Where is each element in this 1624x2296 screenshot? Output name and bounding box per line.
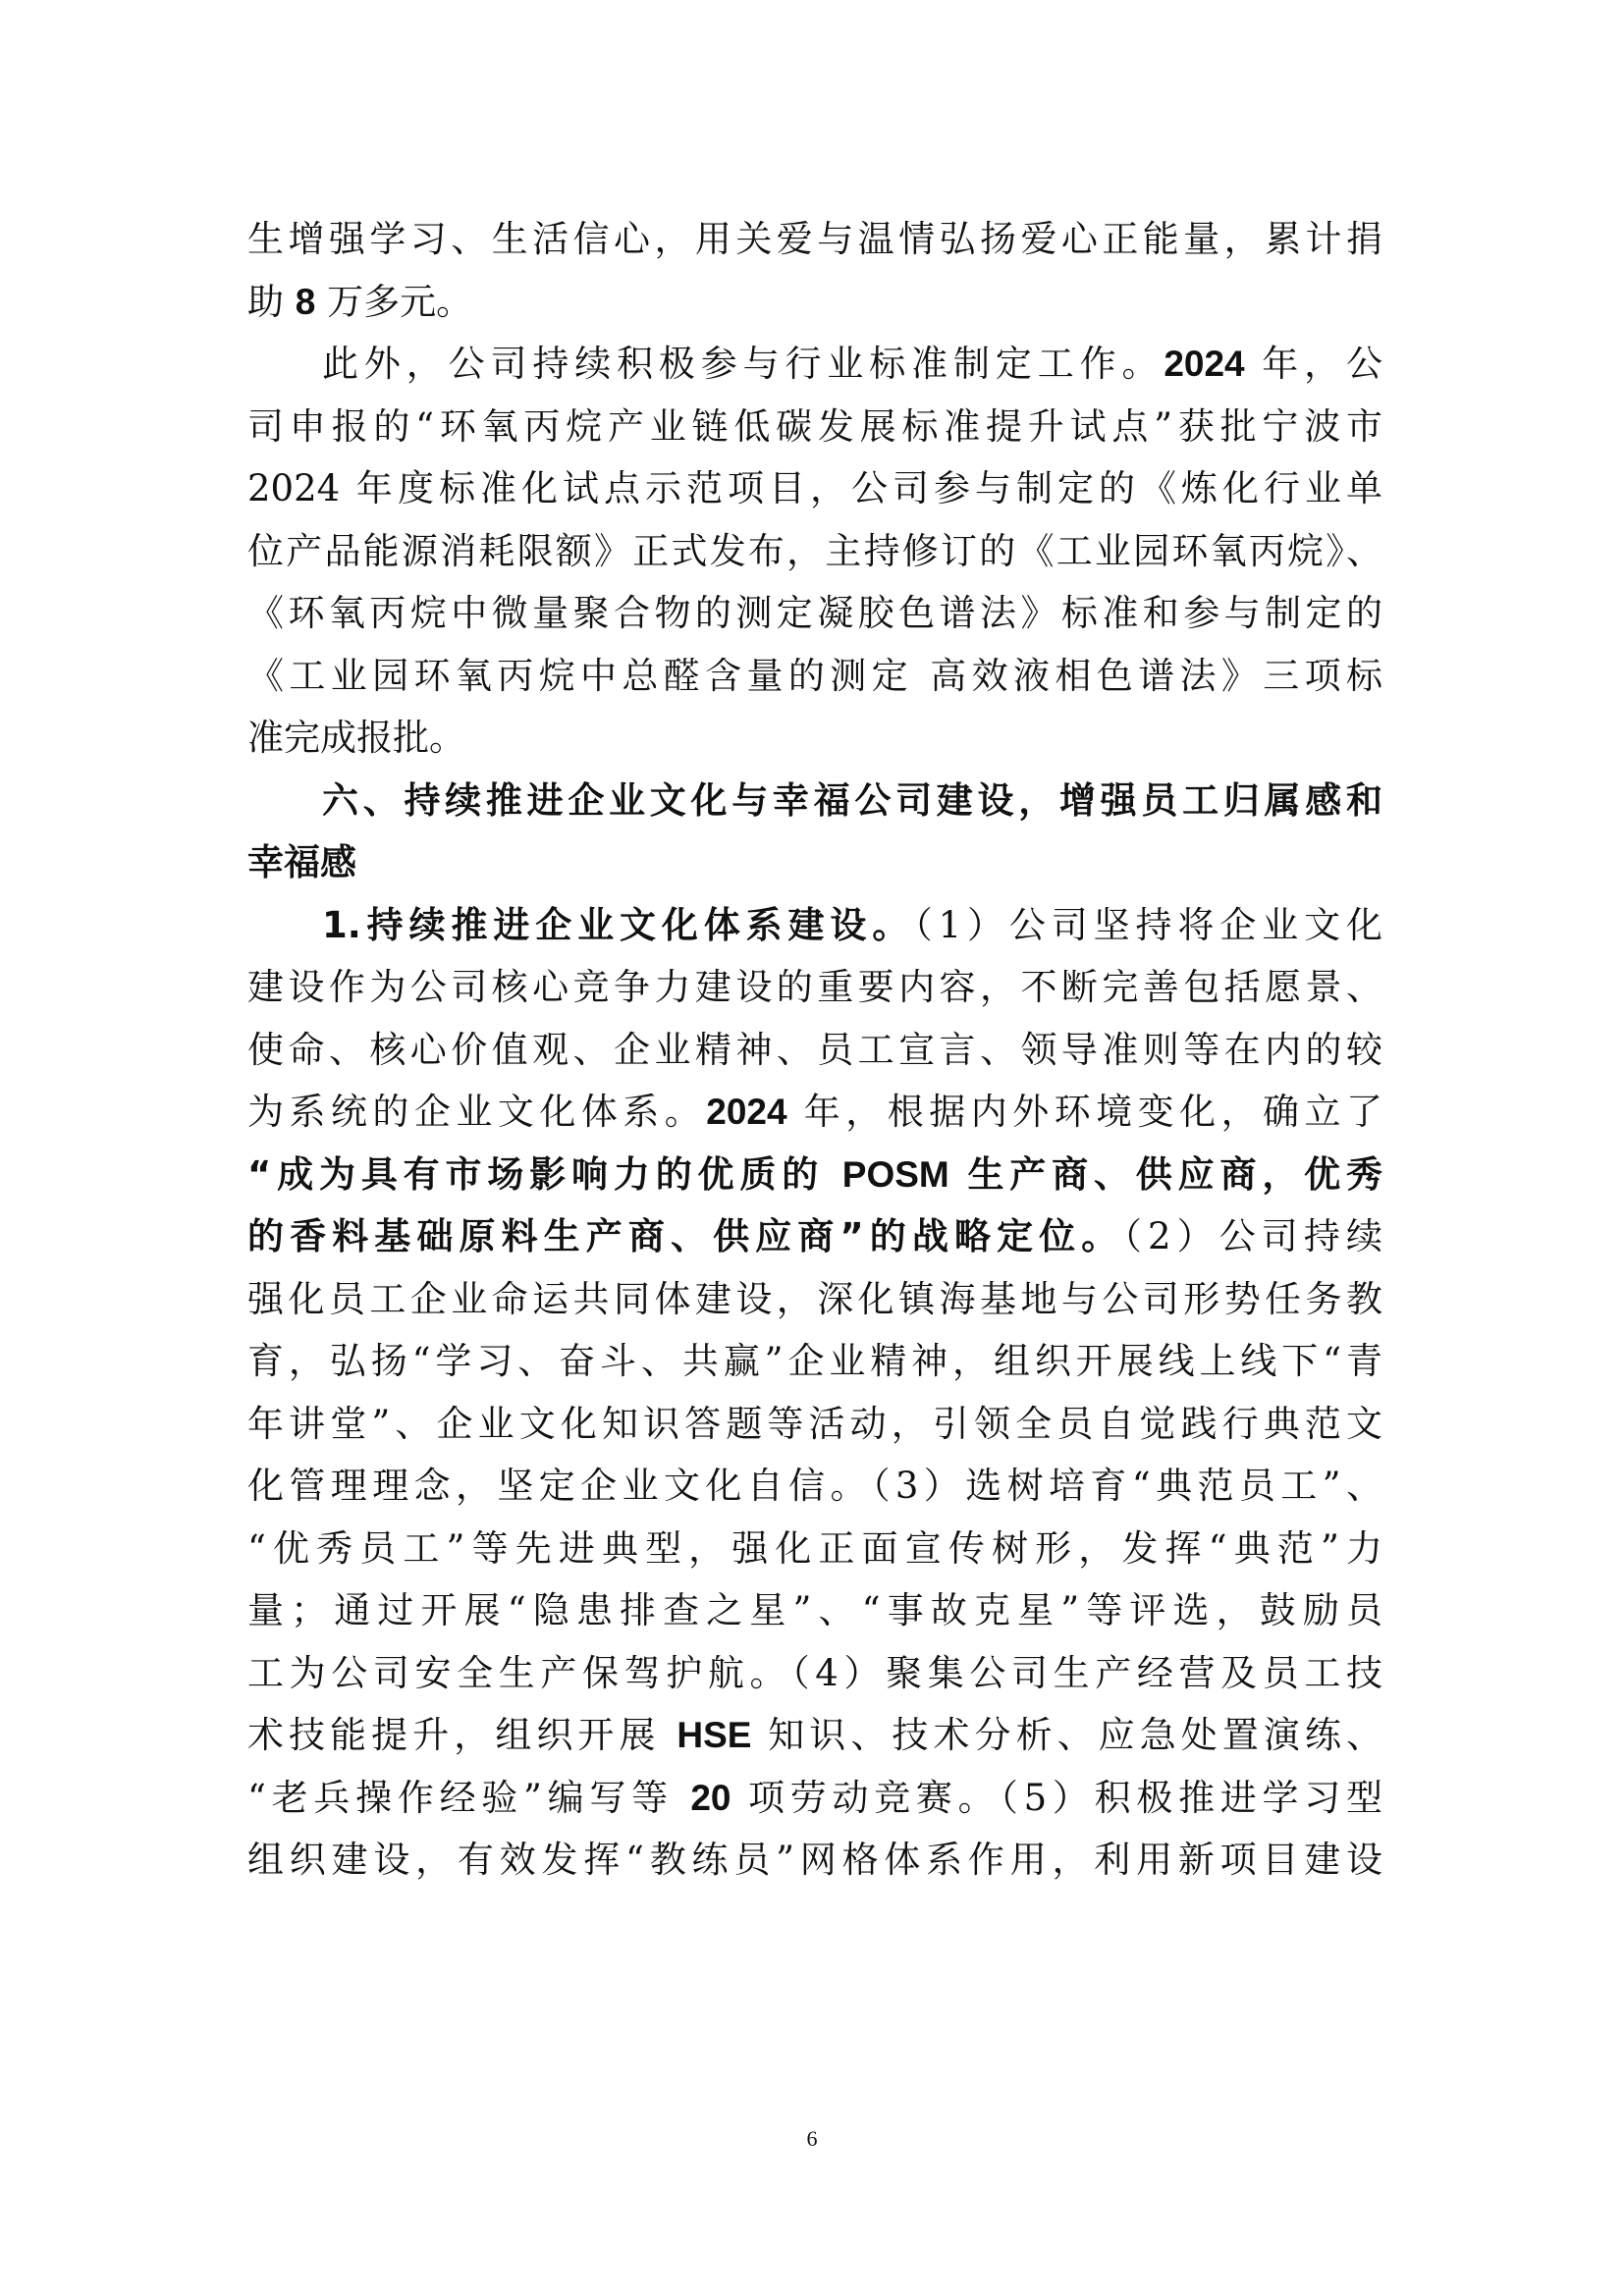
- hse-term: HSE: [677, 1715, 751, 1755]
- text-line: 化管理理念，坚定企业文化自信。（3）选树培育“典范员工”、: [247, 1455, 1382, 1518]
- section-heading: 六、持续推进企业文化与幸福公司建设，增强员工归属感和: [247, 770, 1382, 832]
- section-heading: 幸福感: [247, 831, 1382, 894]
- text-line: 的香料基础原料生产商、供应商”的战略定位。（2）公司持续: [247, 1205, 1382, 1268]
- text-line: 工为公司安全生产保驾护航。（4）聚集公司生产经营及员工技: [247, 1642, 1382, 1705]
- text-line: 1.持续推进企业文化体系建设。（1）公司坚持将企业文化: [247, 894, 1382, 957]
- strategic-positioning: “成为具有市场影响力的优质的 POSM 生产商、供应商，优秀: [247, 1144, 1382, 1206]
- text-line: 2024 年度标准化试点示范项目，公司参与制定的《炼化行业单: [247, 457, 1382, 520]
- text-line: “优秀员工”等先进典型，强化正面宣传树形，发挥“典范”力: [247, 1518, 1382, 1580]
- text-line: 年讲堂”、企业文化知识答题等活动，引领全员自觉践行典范文: [247, 1393, 1382, 1456]
- text-line: 准完成报批。: [247, 707, 1382, 770]
- contest-count: 20: [690, 1778, 731, 1818]
- text-line: 强化员工企业命运共同体建设，深化镇海基地与公司形势任务教: [247, 1268, 1382, 1331]
- text-line: 为系统的企业文化体系。2024 年，根据内外环境变化，确立了: [247, 1081, 1382, 1144]
- text-line: 此外，公司持续积极参与行业标准制定工作。2024 年，公: [247, 333, 1382, 396]
- text-line: 育，弘扬“学习、奋斗、共赢”企业精神，组织开展线上线下“青: [247, 1330, 1382, 1393]
- text-line: 助 8 万多元。: [247, 271, 1382, 334]
- text-line: 量；通过开展“隐患排查之星”、“事故克星”等评选，鼓励员: [247, 1579, 1382, 1642]
- text-line: 《工业园环氧丙烷中总醛含量的测定 高效液相色谱法》三项标: [247, 645, 1382, 708]
- page-number: 6: [0, 2126, 1624, 2152]
- text-line: 组织建设，有效发挥“教练员”网格体系作用，利用新项目建设: [247, 1829, 1382, 1892]
- document-page: 生增强学习、生活信心，用关爱与温情弘扬爱心正能量，累计捐 助 8 万多元。 此外…: [247, 208, 1382, 1892]
- year-2024: 2024: [706, 1092, 786, 1132]
- text-line: 位产品能源消耗限额》正式发布，主持修订的《工业园环氧丙烷》、: [247, 520, 1382, 583]
- text-line: 建设作为公司核心竞争力建设的重要内容，不断完善包括愿景、: [247, 956, 1382, 1019]
- text-line: 司申报的“环氧丙烷产业链低碳发展标准提升试点”获批宁波市: [247, 396, 1382, 458]
- text-line: 生增强学习、生活信心，用关爱与温情弘扬爱心正能量，累计捐: [247, 208, 1382, 271]
- subsection-heading: 1.持续推进企业文化体系建设。: [322, 904, 914, 946]
- strategic-positioning: 的香料基础原料生产商、供应商”的战略定位。: [247, 1215, 1123, 1257]
- text-line: 术技能提升，组织开展 HSE 知识、技术分析、应急处置演练、: [247, 1704, 1382, 1767]
- text-line: 使命、核心价值观、企业精神、员工宣言、领导准则等在内的较: [247, 1019, 1382, 1082]
- text-line: 《环氧丙烷中微量聚合物的测定凝胶色谱法》标准和参与制定的: [247, 582, 1382, 645]
- posm-term: POSM: [842, 1154, 949, 1195]
- text-line: “老兵操作经验”编写等 20 项劳动竞赛。（5）积极推进学习型: [247, 1767, 1382, 1830]
- donation-amount: 8: [296, 282, 316, 322]
- year-2024: 2024: [1164, 344, 1244, 384]
- year-2024: 2024: [247, 467, 340, 509]
